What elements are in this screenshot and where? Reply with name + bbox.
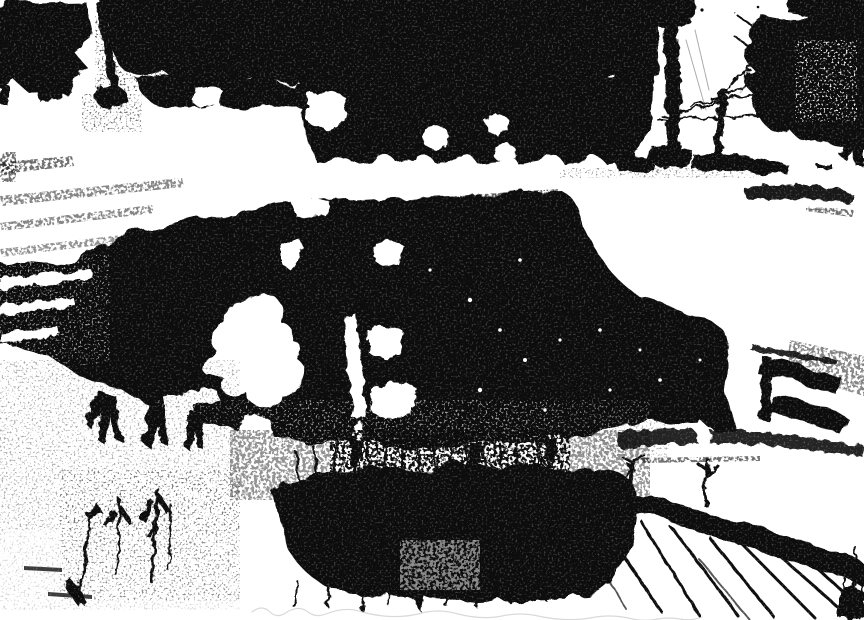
print-grain-overlay: [0, 0, 864, 620]
monotype-landscape-artwork: [0, 0, 864, 620]
artwork-frame: [0, 0, 864, 620]
